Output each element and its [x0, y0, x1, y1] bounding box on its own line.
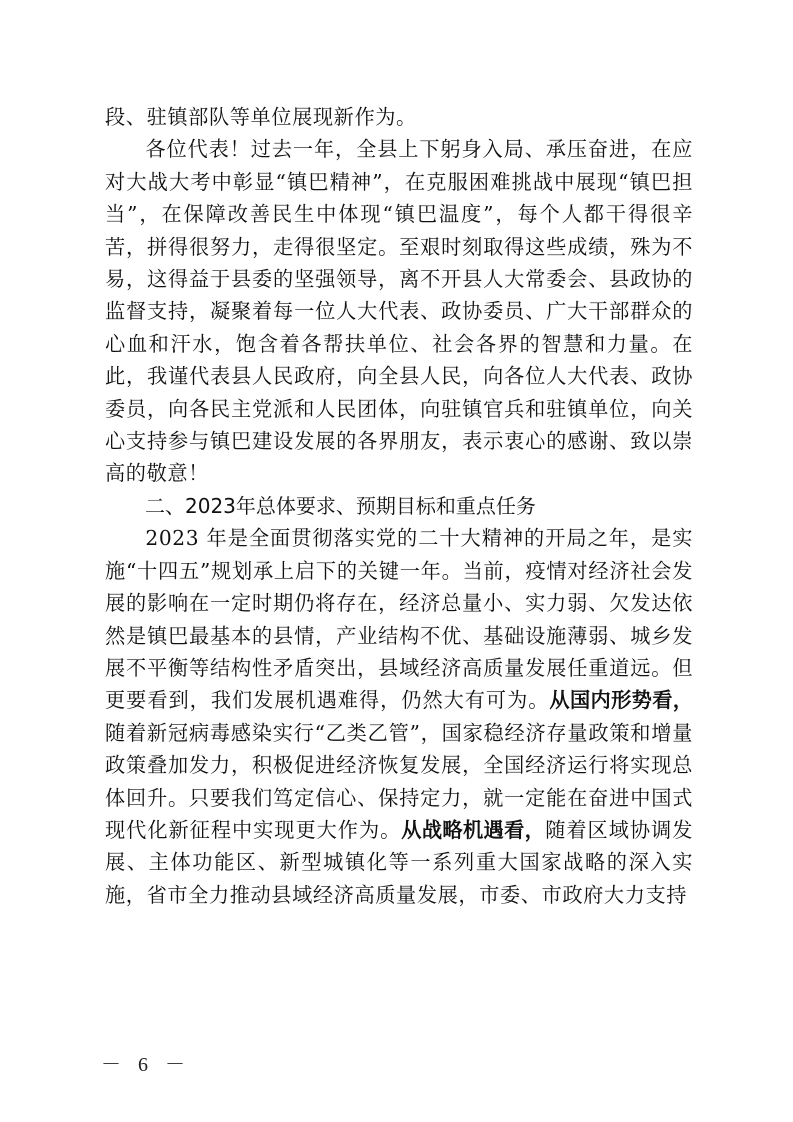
section-heading: 二、2023年总体要求、预期目标和重点任务 — [105, 490, 693, 522]
document-body: 段、驻镇部队等单位展现新作为。 各位代表！过去一年，全县上下躬身入局、承压奋进，… — [105, 101, 693, 911]
bold-lead-domestic: 从国内形势看， — [549, 688, 693, 712]
acknowledgement-paragraph: 各位代表！过去一年，全县上下躬身入局、承压奋进，在应对大战大考中彰显“镇巴精神”… — [105, 133, 693, 489]
page-number: － 6 － — [101, 1048, 191, 1077]
document-page: 段、驻镇部队等单位展现新作为。 各位代表！过去一年，全县上下躬身入局、承压奋进，… — [0, 0, 793, 1122]
continuation-paragraph: 段、驻镇部队等单位展现新作为。 — [105, 101, 693, 133]
outlook-paragraph: 2023 年是全面贯彻落实党的二十大精神的开局之年，是实施“十四五”规划承上启下… — [105, 522, 693, 911]
outlook-text-1: 2023 年是全面贯彻落实党的二十大精神的开局之年，是实施“十四五”规划承上启下… — [105, 526, 693, 712]
bold-lead-strategic: 从战略机遇看， — [401, 818, 545, 842]
